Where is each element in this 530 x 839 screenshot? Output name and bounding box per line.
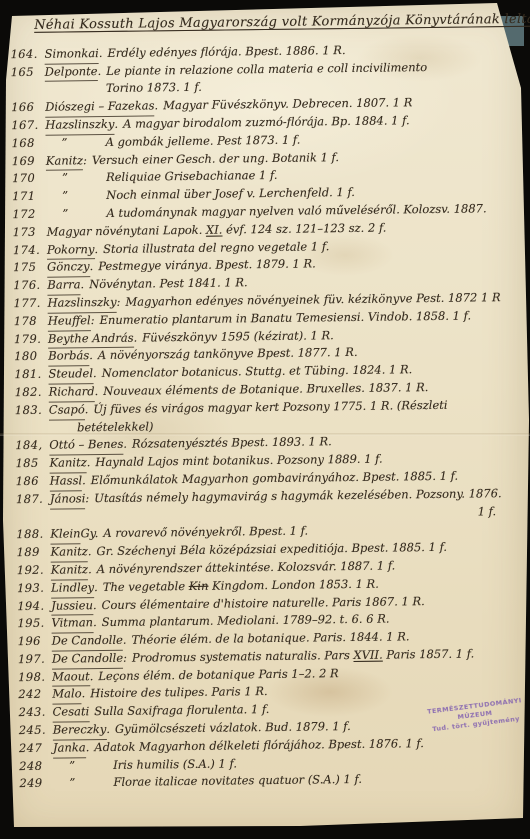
entry-number: 170 (12, 170, 46, 188)
entry-number: 173 (13, 223, 47, 241)
author-separator: . (86, 739, 90, 757)
entry-author: Csapó (49, 401, 85, 420)
ditto-mark: ” (46, 187, 106, 206)
entry-author: Richard (49, 383, 95, 402)
entry-number: 181. (14, 366, 48, 384)
author-separator: . (97, 63, 101, 81)
author-separator: . (82, 472, 86, 490)
entry-number: 168 (12, 134, 46, 152)
entry-number: 166 (11, 99, 45, 117)
entry-number: 243. (18, 704, 52, 722)
entry-text: Növénytan. Pest 1841. 1 R. (89, 274, 248, 294)
entry-author: Kanitz (51, 561, 88, 580)
entry-author: Bereczky (53, 721, 107, 740)
entry-author: Jánosi (50, 490, 86, 509)
entry-author: Jussieu (51, 597, 93, 616)
entry-author: Janka (53, 739, 86, 758)
ditto-mark: ” (53, 774, 113, 793)
entry-number: 186 (16, 473, 50, 491)
author-separator: . (93, 614, 97, 632)
entry-number: 248 (19, 757, 53, 775)
author-separator: . (123, 436, 127, 454)
author-separator: . (93, 365, 97, 383)
entry-number: 185 (15, 455, 49, 473)
entry-number: 177. (13, 295, 47, 313)
entry-author: De Candolle (52, 632, 123, 652)
entry-author: Kanitz (46, 152, 83, 171)
entry-number: 167. (11, 117, 45, 135)
author-separator: : (123, 650, 127, 668)
entry-author: Maout (52, 668, 90, 687)
entry-number: 189 (17, 544, 51, 562)
author-separator: . (154, 98, 158, 116)
author-separator: : (83, 152, 87, 170)
entry-author: Hassl (50, 472, 83, 491)
entry-number: 180 (14, 348, 48, 366)
entry-number: 245. (19, 722, 53, 740)
entry-number: 174. (13, 241, 47, 259)
entry-number: 194. (17, 597, 51, 615)
ditto-mark: ” (46, 134, 106, 153)
entry-author: Delponte (45, 63, 98, 82)
entry-author: Kanitz (49, 454, 86, 473)
author-separator: Gy. (80, 525, 98, 543)
entry-number: 195. (17, 615, 51, 633)
author-separator: . (106, 721, 110, 739)
entry-number: 193. (17, 579, 51, 597)
author-separator: . (94, 383, 98, 401)
entry-text-segment: Prodromus systematis naturalis. Pars (132, 648, 354, 665)
ditto-mark: ” (46, 169, 106, 188)
author-separator: : (117, 294, 121, 312)
entry-text-segment: Kin (189, 578, 209, 592)
entry-number: 182. (15, 384, 49, 402)
author-separator: . (114, 116, 118, 134)
entry-text: betételekkel) (77, 418, 154, 437)
entry-text-segment: évf. 124 sz. 121–123 sz. 2 f. (222, 220, 386, 236)
entry-author: Gönczy (47, 259, 90, 278)
entry-author: Lindley (51, 579, 94, 598)
author-separator: . (87, 454, 91, 472)
author-separator: . (94, 579, 98, 597)
ditto-mark: ” (46, 205, 106, 224)
entry-number: 172 (12, 206, 46, 224)
entry-author: Vitman (51, 614, 93, 633)
author-separator: . (94, 241, 98, 259)
author-separator: . (123, 632, 127, 650)
entry-number: 187. (16, 490, 50, 508)
entry-text-segment: The vegetable (103, 579, 189, 594)
entry-author: De Candolle (52, 650, 123, 670)
author-separator: . (93, 597, 97, 615)
entry-number: 183. (15, 401, 49, 419)
entry-author: Malo (52, 686, 81, 705)
entry-author: Kanitz (51, 543, 88, 562)
page-title: Néhai Kossuth Lajos Magyarország volt Ko… (10, 11, 522, 35)
entry-author: Ottó – Benes (49, 436, 123, 456)
author-separator: . (90, 668, 94, 686)
document-photo: Néhai Kossuth Lajos Magyarország volt Ko… (0, 0, 530, 839)
entry-author: Steudel (48, 365, 93, 384)
entry-text: Torino 1873. 1 f. (106, 79, 202, 98)
entry-author: Cesati (52, 703, 89, 722)
entry-author: Barra (47, 276, 80, 295)
entry-number: 188. (16, 526, 50, 544)
entry-text: Histoire des tulipes. Paris 1 R. (90, 684, 268, 704)
entry-author: Beythe András (48, 329, 134, 349)
entry-text: Florae italicae novitates quatuor (S.A.)… (113, 771, 362, 792)
author-separator: . (99, 45, 103, 63)
author-separator: . (85, 401, 89, 419)
entry-text: Füvészkönyv 1595 (kézirat). 1 R. (142, 327, 334, 347)
entry-author: Klein (50, 526, 80, 545)
entry-author: Hazslinszky (45, 116, 114, 136)
author-separator: : (85, 490, 89, 508)
entry-text: Versuch einer Gesch. der ung. Botanik 1 … (92, 149, 339, 170)
entry-author: Borbás (48, 348, 89, 367)
entry-text: Reliquiae Grisebachianae 1 f. (106, 167, 278, 187)
entry-number: 175 (13, 259, 47, 277)
author-separator: . (89, 347, 93, 365)
catalog-content: Néhai Kossuth Lajos Magyarország volt Ko… (10, 7, 530, 793)
entry-text: Leçons élém. de botanique Paris 1–2. 2 R (98, 665, 339, 686)
entry-text: 1 f. (478, 503, 497, 521)
entry-number: 179. (14, 330, 48, 348)
entry-number: 197. (18, 651, 52, 669)
author-separator: . (88, 543, 92, 561)
entry-number: 192. (17, 562, 51, 580)
entry-number: 198. (18, 668, 52, 686)
entry-number: 169 (12, 152, 46, 170)
entry-number: 165 (11, 63, 45, 81)
author-separator: . (133, 329, 137, 347)
entry-number: 178 (14, 312, 48, 330)
author-separator: . (80, 276, 84, 294)
entry-text: Pestmegye viránya. Bpest. 1879. 1 R. (98, 256, 316, 276)
entry-text-segment: Paris 1857. 1 f. (383, 646, 475, 661)
entry-text-segment: Magyar növénytani Lapok. (47, 223, 206, 239)
entry-author: Heuffel (48, 312, 91, 331)
entry-number: 196 (18, 633, 52, 651)
author-separator: . (81, 686, 85, 704)
entry-text: A magyar birodalom zuzmó-flórája. Bp. 18… (123, 112, 410, 133)
entry-number: 171 (12, 188, 46, 206)
entry-number: 242 (18, 686, 52, 704)
entry-author: Hazslinszky (47, 294, 116, 314)
author-separator: . (90, 258, 94, 276)
entry-number: 249 (19, 775, 53, 793)
author-separator: . (88, 561, 92, 579)
entry-number: 247 (19, 740, 53, 758)
entries-list: 164.Simonkai.Erdély edényes flórája. Bpe… (10, 40, 530, 794)
entry-text: Iris humilis (S.A.) 1 f. (113, 755, 237, 774)
entry-number: 176. (13, 277, 47, 295)
author-separator: : (91, 312, 95, 330)
entry-text-segment: XI. (206, 222, 223, 236)
entry-author: Pokorny (47, 241, 95, 260)
entry-number: 164. (10, 46, 44, 64)
ditto-mark: ” (53, 757, 113, 776)
entry-text-segment: Kingdom. London 1853. 1 R. (208, 576, 379, 592)
entry-text: Sulla Saxifraga florulenta. 1 f. (94, 701, 269, 721)
entry-number: 184, (15, 437, 49, 455)
entry-text-segment: XVII. (353, 648, 382, 662)
entry-author: Simonkai (44, 45, 99, 64)
